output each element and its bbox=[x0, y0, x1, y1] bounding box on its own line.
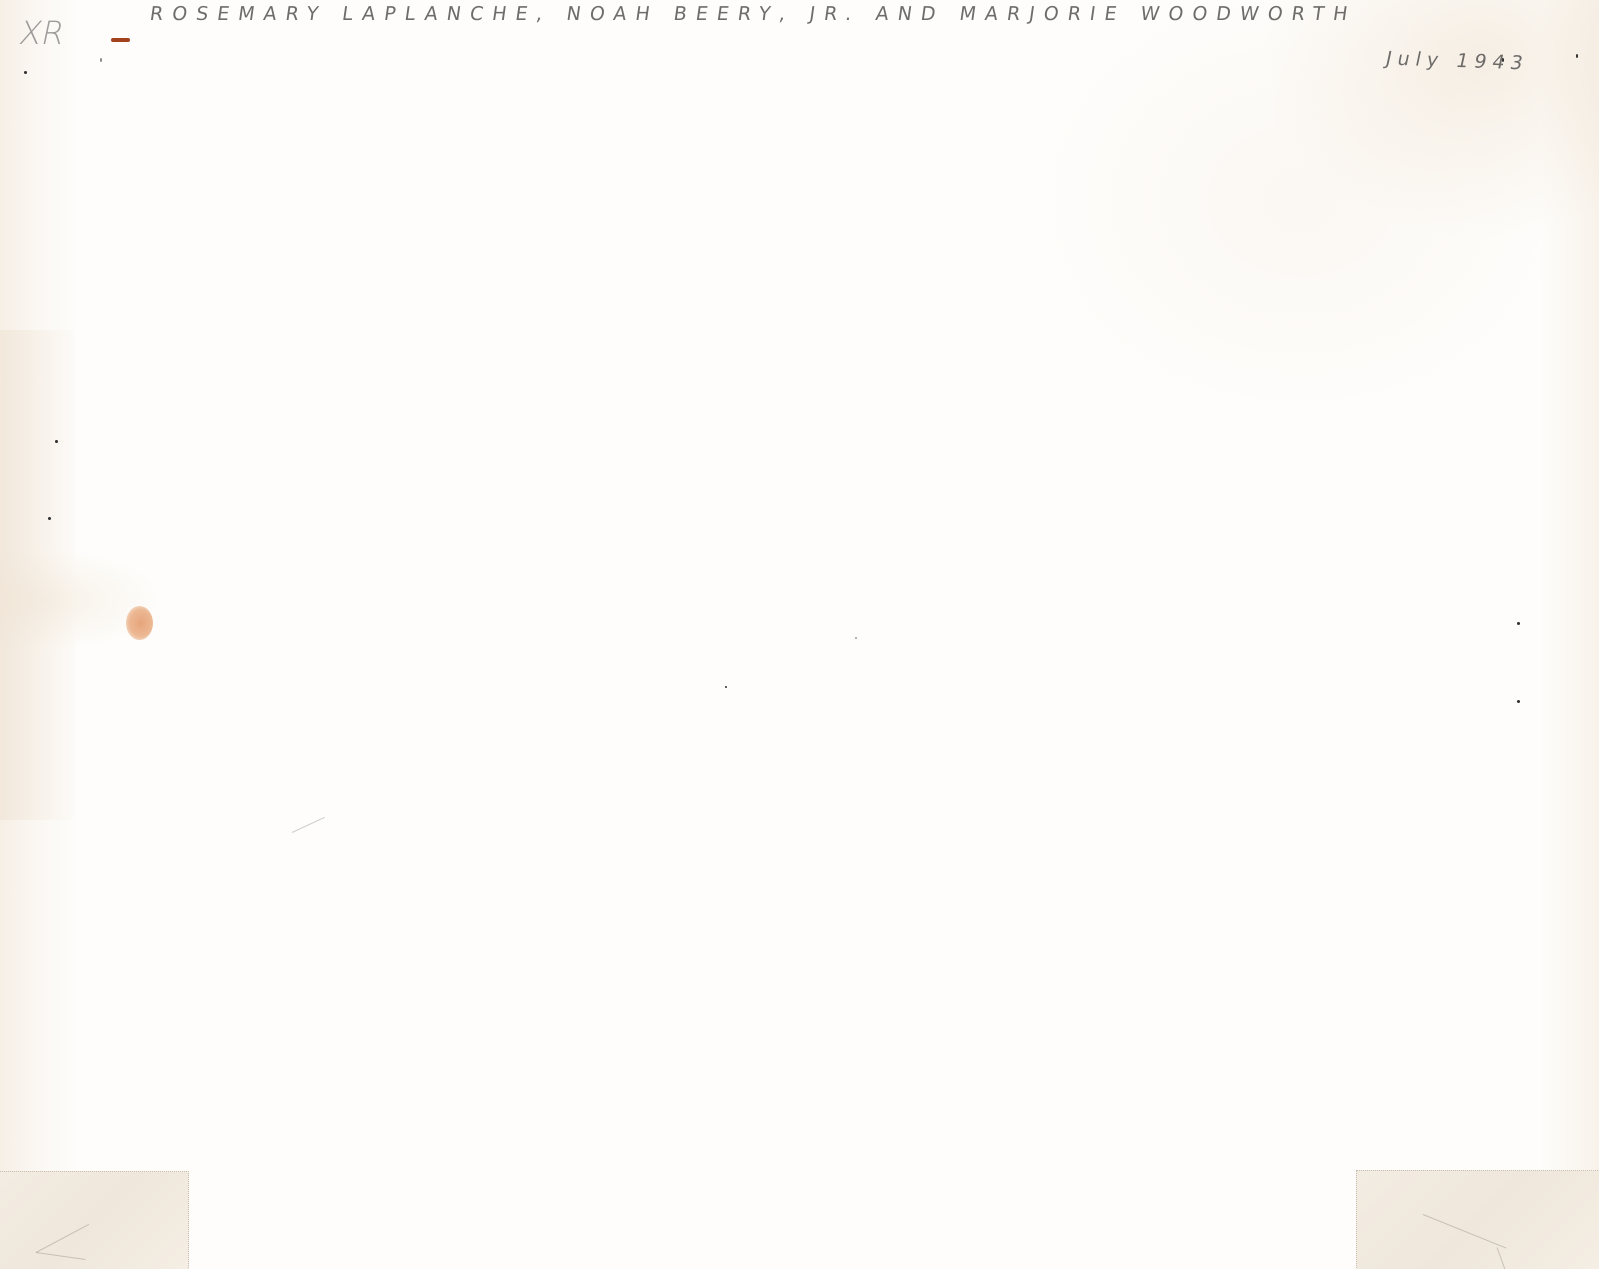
photo-back-page: XR Rosemary LaPlanche, Noah Beery, Jr. a… bbox=[0, 0, 1599, 1269]
tape-crease bbox=[1497, 1247, 1508, 1269]
speck bbox=[55, 440, 58, 443]
tape-remnant-right bbox=[1356, 1170, 1599, 1269]
tape-crease bbox=[36, 1252, 86, 1260]
speck bbox=[24, 71, 27, 74]
speck bbox=[1502, 58, 1504, 62]
handwritten-caption: Rosemary LaPlanche, Noah Beery, Jr. and … bbox=[148, 3, 1357, 25]
faint-crease bbox=[292, 817, 325, 833]
speck bbox=[1517, 622, 1520, 625]
speck bbox=[725, 686, 727, 688]
handwritten-date: July 1943 bbox=[1384, 48, 1531, 75]
speck bbox=[100, 58, 102, 62]
red-ink-dash bbox=[111, 38, 130, 42]
paper-edge-discoloration bbox=[0, 330, 74, 820]
speck bbox=[1517, 700, 1520, 703]
speck bbox=[855, 637, 857, 639]
tape-crease bbox=[36, 1224, 89, 1253]
orange-stain bbox=[126, 606, 153, 640]
corner-code-mark: XR bbox=[16, 14, 68, 52]
speck bbox=[1576, 54, 1578, 58]
speck bbox=[48, 517, 51, 520]
tape-crease bbox=[1423, 1214, 1507, 1249]
tape-remnant-left bbox=[0, 1171, 189, 1269]
